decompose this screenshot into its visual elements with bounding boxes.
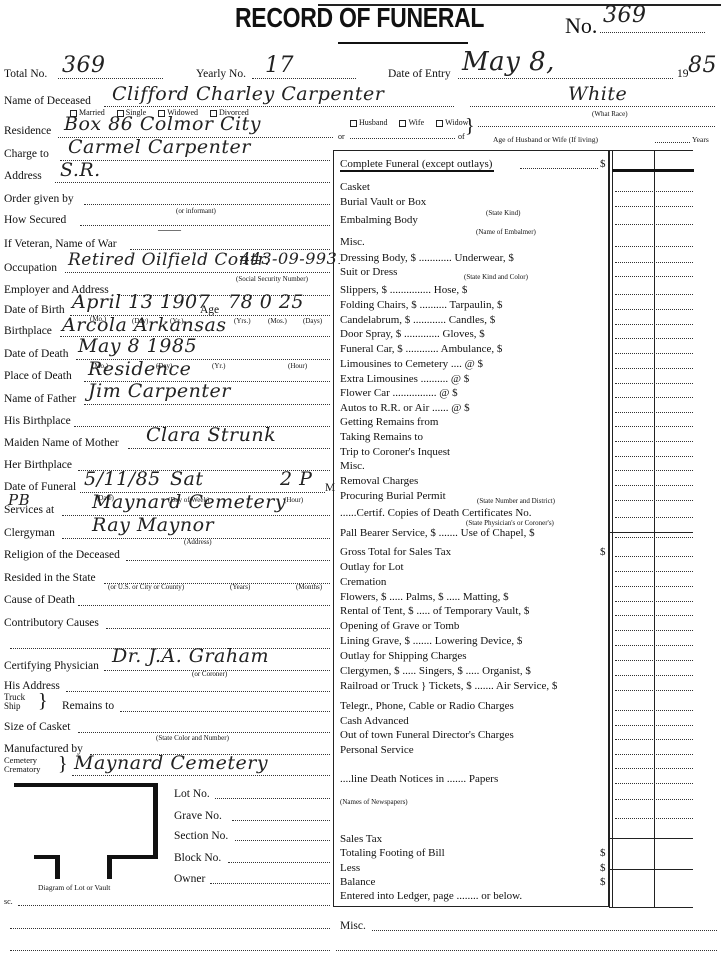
deceased-name-label: Name of Deceased [4,95,91,108]
yearly-no-label: Yearly No. [196,68,246,81]
charge-line-label: Opening of Grave or Tomb [340,620,461,632]
spouse-wife[interactable]: Wife [399,118,424,127]
casket-size-label: Size of Casket [4,721,70,734]
lot-no-label: Lot No. [174,788,210,801]
amount-cell[interactable] [615,818,693,819]
contributory-line [106,628,330,629]
spouse-of: of [458,133,465,141]
total-no-value[interactable]: 369 [62,56,106,76]
misc-left-line-2[interactable] [10,928,330,929]
year-value[interactable]: 85 [688,56,717,76]
birthplace-value[interactable]: Arcola Arkansas [62,315,227,335]
amount-cell[interactable] [615,615,693,616]
charge-to-label: Charge to [4,148,49,161]
charge-line-label: Misc. [340,236,367,248]
charge-line-item[interactable] [340,758,342,771]
charge-line-item[interactable]: Flowers, $ ..... Palms, $ ..... Matting,… [340,591,511,604]
charge-line-label: Clergymen, $ ..... Singers, $ ..... Orga… [340,665,533,677]
title-underline [338,42,468,44]
charge-line-item[interactable]: Lining Grave, $ ....... Lowering Device,… [340,635,524,648]
charge-line-label: Balance [340,876,377,888]
charge-line-label: ....line Death Notices in ....... Papers [340,773,500,785]
vault-caption: (State Kind) [486,209,520,217]
caption-location: (or U.S. or City or County) [108,583,184,591]
cents-col-rule [654,150,655,907]
caption-mos: (Mos.) [268,317,287,325]
misc-left-line-3[interactable] [10,950,330,951]
charge-line-item[interactable]: Taking Remains to [340,431,425,444]
owner-label: Owner [174,873,205,886]
grave-no-label: Grave No. [174,810,222,823]
amount-cell[interactable] [615,368,693,369]
spouse-widow[interactable]: Widow [436,118,468,127]
charge-line-label: Railroad or Truck } Tickets, $ ....... A… [340,680,559,692]
diagram-caption: Diagram of Lot or Vault [38,884,110,892]
dollar-sign: $ [600,546,606,559]
charge-line-item[interactable]: Embalming Body [340,214,420,227]
amount-cell[interactable] [615,799,693,800]
charge-line-label: Embalming Body [340,214,420,226]
amount-cell[interactable] [615,470,693,471]
residence-value[interactable]: Box 86 Colmor City [64,114,261,134]
amount-cell[interactable] [615,224,693,225]
charge-line-item[interactable]: Autos to R.R. or Air ...... @ $ [340,402,472,415]
charge-line-label: Removal Charges [340,475,420,487]
charge-line-item[interactable]: Totaling Footing of Bill [340,847,447,860]
charge-line-item[interactable]: Clergymen, $ ..... Singers, $ ..... Orga… [340,665,533,678]
physician-address-line [66,691,330,692]
caption-yr: (Yr.) [212,362,225,370]
charge-line-label: Door Spray, $ ............. Gloves, $ [340,328,487,340]
amount-cell[interactable] [615,586,693,587]
charge-line-item[interactable]: Balance [340,876,377,889]
amount-cell[interactable] [615,426,693,427]
charge-line-item[interactable]: Suit or Dress [340,266,399,279]
charge-line-label: Cash Advanced [340,715,411,727]
charge-line-item[interactable]: Railroad or Truck } Tickets, $ ....... A… [340,680,559,693]
charge-line-item[interactable]: Opening of Grave or Tomb [340,620,461,633]
amount-cell[interactable] [615,660,693,661]
contributory-label: Contributory Causes [4,617,99,630]
charge-line-label: Procuring Burial Permit [340,490,448,502]
charge-line-label: Funeral Car, $ ............ Ambulance, $ [340,343,504,355]
charge-line-item[interactable]: Less [340,862,362,875]
charge-line-item[interactable] [340,808,342,821]
occupation-line [65,272,330,273]
death-date-label: Date of Death [4,348,69,361]
charge-line-item[interactable]: Misc. [340,460,367,473]
race-line [470,106,715,107]
complete-funeral-line [520,168,598,169]
charge-line-item[interactable]: Procuring Burial Permit [340,490,448,503]
checkbox-icon [350,120,357,127]
charge-line-label: Less [340,862,362,874]
charge-line-label: Entered into Ledger, page ........ or be… [340,890,524,902]
amount-cell[interactable] [615,324,693,325]
order-given-by-line [84,204,330,205]
resided-label: Resided in the State [4,572,96,585]
charge-line-item[interactable]: Funeral Car, $ ............ Ambulance, $ [340,343,504,356]
amount-cell[interactable] [615,412,693,413]
clergyman-value[interactable]: Ray Maynor [92,515,214,535]
funeral-day-value[interactable]: Sat [170,469,203,489]
charge-line-label: Pall Bearer Service, $ ....... Use of Ch… [340,527,537,539]
dollar-sign: $ [600,158,606,171]
religion-label: Religion of the Deceased [4,549,120,562]
physician-caption: (or Coroner) [192,670,227,678]
charge-line-label: Totaling Footing of Bill [340,847,447,859]
remains-to-label: Remains to [62,700,114,713]
charge-line-label: Misc. [340,460,367,472]
charge-line-label: Trip to Coroner's Inquest [340,446,452,458]
mother-birthplace-label: Her Birthplace [4,459,72,472]
father-name-value[interactable]: Jim Carpenter [88,381,231,401]
mother-name-label: Maiden Name of Mother [4,437,119,450]
charge-line-label: Getting Remains from [340,416,440,428]
charge-line-label: Autos to R.R. or Air ...... @ $ [340,402,472,414]
brace-icon: } [465,116,475,136]
amount-cell[interactable] [615,500,693,501]
birth-date-value[interactable]: April 13 1907 [72,292,210,312]
services-at-value[interactable]: Maynard Cemetery [92,492,286,512]
charge-line-item[interactable]: ....line Death Notices in ....... Papers [340,773,500,786]
checkbox-icon [436,120,443,127]
charge-line-label: Sales Tax [340,833,384,845]
amount-cell[interactable] [615,309,693,310]
charge-line-item[interactable]: Pall Bearer Service, $ ....... Use of Ch… [340,527,537,540]
order-given-by-label: Order given by [4,193,74,206]
year-prefix: 19 [677,68,689,81]
charge-line-label: Cremation [340,576,388,588]
place-of-death-label: Place of Death [4,370,72,383]
charge-line-item[interactable]: Cash Advanced [340,715,411,728]
veteran-value[interactable]: —— [158,224,181,237]
father-name-line [84,404,330,405]
caption-years: (Years) [230,583,250,591]
age-value[interactable]: 78 0 25 [228,292,304,312]
owner-line[interactable] [210,883,330,884]
spouse-line [478,126,715,127]
casket-size-caption: (State Color and Number) [156,734,229,742]
deceased-name-line [104,106,454,107]
caption-yrs: (Yrs.) [234,317,251,325]
charge-line-item[interactable]: Personal Service [340,744,416,757]
amount-cell[interactable] [615,276,693,277]
caption-months: (Months) [296,583,322,591]
ssn-value[interactable]: 443-09-9931 [240,249,348,269]
spouse-name-line [350,138,455,139]
charge-line-label: Limousines to Cemetery .... @ $ [340,358,485,370]
charge-line-label: Rental of Tent, $ ..... of Temporary Vau… [340,605,531,617]
charge-line-label: Telegr., Phone, Cable or Radio Charges [340,700,516,712]
section-no-line[interactable] [235,840,330,841]
religion-line [126,560,330,561]
charge-line-item[interactable]: Door Spray, $ ............. Gloves, $ [340,328,487,341]
amount-cell[interactable] [615,601,693,602]
date-of-entry-line [458,78,673,79]
ssn-caption: (Social Security Number) [236,275,308,283]
charge-line-label: Personal Service [340,744,416,756]
charge-line-label: Folding Chairs, $ .......... Tarpaulin, … [340,299,505,311]
caption-hour: (Hour) [288,362,307,370]
amount-heavy-rule [612,169,694,172]
dollar-sign: $ [600,862,606,875]
mother-name-value[interactable]: Clara Strunk [146,425,276,445]
cause-of-death-label: Cause of Death [4,594,75,607]
amount-cell[interactable] [615,783,693,784]
charge-to-value[interactable]: Carmel Carpenter [68,137,251,157]
charge-line-item[interactable]: Out of town Funeral Director's Charges [340,729,516,742]
charge-line-label: Extra Limousines .......... @ $ [340,373,471,385]
charge-line-item[interactable]: Outlay for Shipping Charges [340,650,469,663]
permit-caption: (State Number and District) [477,497,555,505]
amount-cell[interactable] [615,485,693,486]
address-label: Address [4,170,42,183]
spouse-or: or [338,133,345,141]
charge-line-item[interactable]: Entered into Ledger, page ........ or be… [340,890,524,903]
misc-left-label: sc. [4,898,13,906]
spouse-options: Husband Wife Widow [350,118,478,127]
cause-of-death-line [78,605,330,606]
death-date-value[interactable]: May 8 1985 [78,336,197,356]
services-at-label: Services at [4,504,54,517]
place-of-death-value[interactable]: Residence [88,359,191,379]
amount-cell[interactable] [615,768,693,769]
amount-cell[interactable] [615,353,693,354]
amount-cell[interactable] [615,630,693,631]
record-no-value[interactable]: 369 [603,6,647,26]
deceased-name-value[interactable]: Clifford Charley Carpenter [112,84,384,104]
amount-cell[interactable] [615,294,693,295]
misc-right-line[interactable] [372,930,717,931]
race-caption: (What Race) [592,110,628,118]
total-no-label: Total No. [4,68,47,81]
spouse-age-label: Age of Husband or Wife (If living) [493,136,598,144]
amount-cell[interactable] [615,754,693,755]
misc-right-label: Misc. [340,920,366,933]
physician-value[interactable]: Dr. J.A. Graham [112,646,269,666]
certif-caption: (State Physician's or Coroner's) [466,519,554,527]
birth-date-label: Date of Birth [4,304,65,317]
block-no-line[interactable] [228,862,330,863]
grave-no-line[interactable] [232,820,330,821]
newspapers-caption: (Names of Newspapers) [340,798,408,806]
charge-line-item[interactable]: Telegr., Phone, Cable or Radio Charges [340,700,516,713]
amount-cell[interactable] [615,571,693,572]
charge-line-label: Lining Grave, $ ....... Lowering Device,… [340,635,524,647]
birthplace-label: Birthplace [4,325,52,338]
charge-line-label: Taking Remains to [340,431,425,443]
funeral-hour-value[interactable]: 2 P [280,469,312,489]
charge-line-item[interactable]: Misc. [340,236,367,249]
amount-cell[interactable] [615,456,693,457]
charge-line-item[interactable]: Limousines to Cemetery .... @ $ [340,358,485,371]
funeral-date-value[interactable]: 5/11/85 [84,469,161,489]
cemetery-line [72,775,330,776]
amount-tax-rule [609,838,693,839]
amount-cell[interactable] [615,383,693,384]
total-no-line [58,78,163,79]
charge-line-label: Flower Car ................ @ $ [340,387,460,399]
brace-icon: } [38,691,48,711]
block-no-label: Block No. [174,852,221,865]
charge-line-item[interactable]: Cremation [340,576,388,589]
charge-line-item[interactable]: Burial Vault or Box [340,196,428,209]
record-no-label: No. [565,14,597,38]
yearly-no-line [252,78,356,79]
section-no-label: Section No. [174,830,228,843]
charge-line-label: Out of town Funeral Director's Charges [340,729,516,741]
amount-less-rule [609,869,693,870]
checkbox-icon [399,120,406,127]
dollar-sign: $ [600,847,606,860]
amount-cell[interactable] [615,537,693,538]
misc-right-line-2[interactable] [336,950,717,951]
caption-days: (Days) [303,317,322,325]
charge-line-item[interactable]: Gross Total for Sales Tax [340,546,453,559]
ship-label: Ship [4,702,21,711]
address-value[interactable]: S.R. [60,160,101,180]
physician-label: Certifying Physician [4,660,99,673]
charge-line-label: Slippers, $ ............... Hose, $ [340,284,469,296]
clergyman-caption: (Address) [184,538,212,546]
charge-line-label: Casket [340,181,372,193]
spouse-husband[interactable]: Husband [350,118,387,127]
charge-line-item[interactable]: Sales Tax [340,833,384,846]
occupation-label: Occupation [4,262,57,275]
charge-complete-funeral[interactable]: Complete Funeral (except outlays) [340,158,494,171]
amount-cell[interactable] [615,710,693,711]
clergyman-label: Clergyman [4,527,55,540]
charge-line-item[interactable]: Dressing Body, $ ............ Underwear,… [340,252,516,265]
charge-line-label [340,808,342,820]
charge-line-label: Burial Vault or Box [340,196,428,208]
charge-line-item[interactable]: Extra Limousines .......... @ $ [340,373,471,386]
father-birthplace-label: His Birthplace [4,415,71,428]
charge-line-item[interactable]: Rental of Tent, $ ..... of Temporary Vau… [340,605,531,618]
amount-col-rule-2 [612,150,613,907]
charge-line-label: Outlay for Lot [340,561,406,573]
amount-cell[interactable] [615,397,693,398]
charge-line-label: Outlay for Shipping Charges [340,650,469,662]
charge-line-item[interactable]: Getting Remains from [340,416,440,429]
amount-cell[interactable] [615,725,693,726]
amount-cell[interactable] [615,675,693,676]
yearly-no-value[interactable]: 17 [265,56,294,76]
charge-line-label: Dressing Body, $ ............ Underwear,… [340,252,516,264]
order-given-by-caption: (or informant) [176,207,216,215]
spouse-age-line [655,142,690,143]
amount-top-rule [609,150,693,151]
amount-cell[interactable] [615,206,693,207]
charge-line-label: Flowers, $ ..... Palms, $ ..... Matting,… [340,591,511,603]
casket-size-line [78,732,330,733]
charge-line-item[interactable]: Removal Charges [340,475,420,488]
amount-cell[interactable] [615,556,693,557]
charge-line-item[interactable]: Candelabrum, $ ............ Candles, $ [340,314,497,327]
charge-line-item[interactable]: Slippers, $ ............... Hose, $ [340,284,469,297]
date-of-entry-label: Date of Entry [388,68,451,81]
father-name-label: Name of Father [4,393,76,406]
brace-icon: } [58,754,68,774]
race-value[interactable]: White [568,84,627,104]
amount-cell[interactable] [615,246,693,247]
how-secured-line [80,225,330,226]
amount-cell[interactable] [615,338,693,339]
amount-col-rule [609,150,610,907]
page-title: RECORD OF FUNERAL [235,2,484,34]
charge-line-item[interactable]: Casket [340,181,372,194]
remains-to-line [120,711,330,712]
amount-cell[interactable] [615,191,693,192]
caption-hour: (Hour) [284,496,303,504]
suit-caption: (State Kind and Color) [464,273,528,281]
charge-line-label: Candelabrum, $ ............ Candles, $ [340,314,497,326]
charge-line-item[interactable]: Flower Car ................ @ $ [340,387,460,400]
charge-line-item[interactable]: Folding Chairs, $ .......... Tarpaulin, … [340,299,505,312]
dollar-sign: $ [600,876,606,889]
how-secured-label: How Secured [4,214,66,227]
misc-left-line[interactable] [18,905,330,906]
amount-bottom-rule [609,907,693,908]
charge-line-label: Gross Total for Sales Tax [340,546,453,558]
amount-cell[interactable] [615,739,693,740]
amount-cell[interactable] [615,262,693,263]
date-of-entry-value[interactable]: May 8, [462,52,555,72]
charge-line-label [340,758,342,770]
amount-cell[interactable] [615,690,693,691]
spouse-age-unit: Years [692,136,709,144]
amount-subtotal-rule [609,532,693,533]
amount-cell[interactable] [615,517,693,518]
lot-no-line[interactable] [215,798,330,799]
embalmer-caption: (Name of Embalmer) [476,228,536,236]
charge-line-label: Suit or Dress [340,266,399,278]
amount-cell[interactable] [615,441,693,442]
record-no-line [600,32,705,33]
residence-label: Residence [4,125,51,138]
charge-line-item[interactable]: Outlay for Lot [340,561,406,574]
crematory-label: Crematory [4,765,40,774]
charge-line-item[interactable]: Trip to Coroner's Inquest [340,446,452,459]
cemetery-value[interactable]: Maynard Cemetery [74,753,268,773]
address-line [55,182,330,183]
charge-line-label: ......Certif. Copies of Death Certificat… [340,507,534,519]
mother-name-line [128,448,330,449]
amount-cell[interactable] [615,645,693,646]
